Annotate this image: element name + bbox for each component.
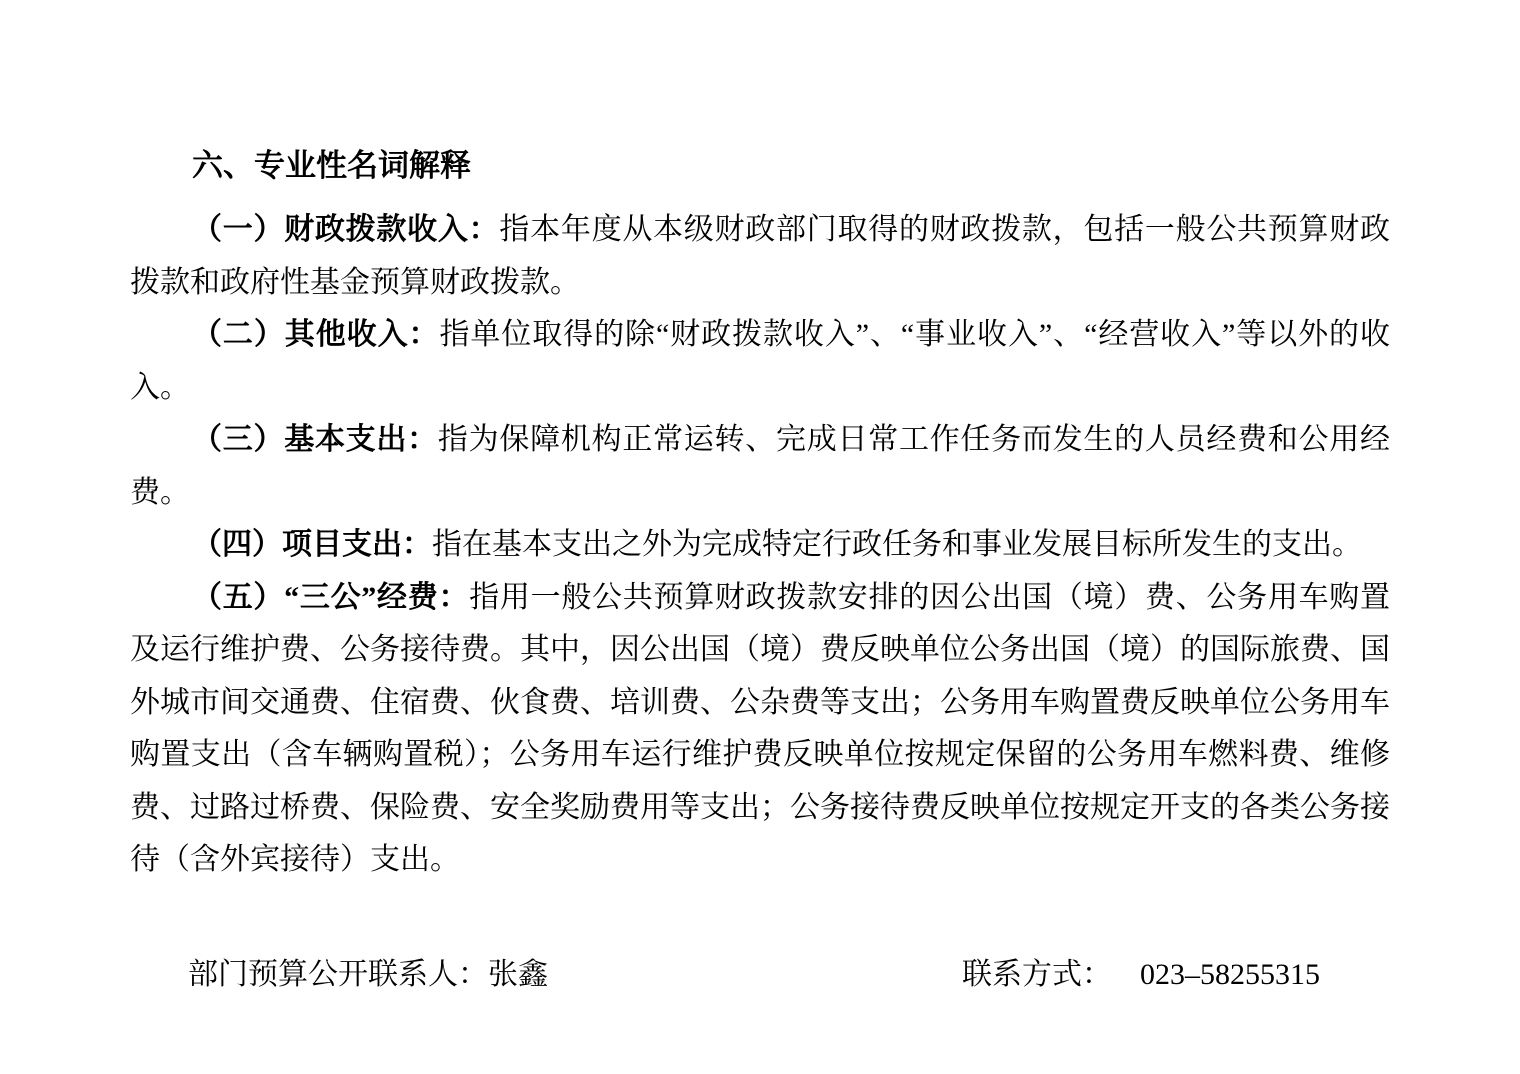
term-label-fiscal-appropriation-income: （一）财政拨款收入： — [192, 213, 499, 246]
term-definition: 指用一般公共预算财政拨款安排的因公出国（境）费、公务用车购置及运行维护费、公务接… — [130, 581, 1390, 877]
term-definition: 指在基本支出之外为完成特定行政任务和事业发展目标所发生的支出。 — [432, 528, 1362, 561]
definition-paragraph-2: （二）其他收入：指单位取得的除“财政拨款收入”、“事业收入”、“经营收入”等以外… — [130, 309, 1390, 414]
definition-paragraph-3: （三）基本支出：指为保障机构正常运转、完成日常工作任务而发生的人员经费和公用经费… — [130, 414, 1390, 519]
definition-paragraph-4: （四）项目支出：指在基本支出之外为完成特定行政任务和事业发展目标所发生的支出。 — [130, 519, 1390, 572]
definition-paragraph-1: （一）财政拨款收入：指本年度从本级财政部门取得的财政拨款，包括一般公共预算财政拨… — [130, 204, 1390, 309]
contact-person: 部门预算公开联系人：张鑫 — [188, 949, 548, 1001]
term-label-other-income: （二）其他收入： — [192, 318, 439, 351]
phone-number: 023–58255315 — [1140, 949, 1320, 1001]
definition-paragraph-5: （五）“三公”经费：指用一般公共预算财政拨款安排的因公出国（境）费、公务用车购置… — [130, 572, 1390, 887]
phone-label: 联系方式： — [962, 958, 1112, 991]
term-label-basic-expenditure: （三）基本支出： — [192, 423, 438, 456]
term-label-project-expenditure: （四）项目支出： — [192, 528, 432, 561]
section-heading: 六、专业性名词解释 — [130, 140, 1390, 192]
contact-phone: 联系方式：023–58255315 — [962, 949, 1320, 1001]
term-label-three-public-funds: （五）“三公”经费： — [192, 581, 469, 614]
document-page: 六、专业性名词解释 （一）财政拨款收入：指本年度从本级财政部门取得的财政拨款，包… — [0, 0, 1520, 1074]
footer-row: 部门预算公开联系人：张鑫 联系方式：023–58255315 — [130, 949, 1390, 1001]
